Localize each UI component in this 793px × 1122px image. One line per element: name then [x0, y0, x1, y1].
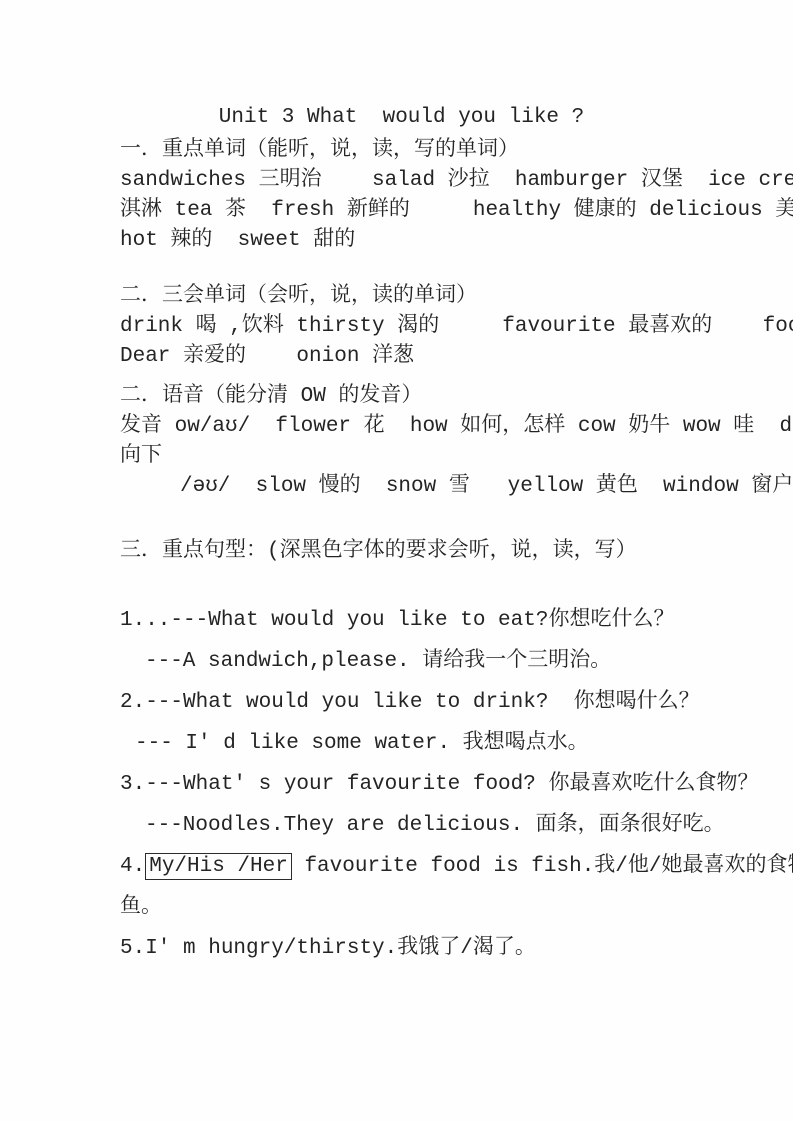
document-content: Unit 3 What would you like ? 一．重点单词（能听，说… — [0, 0, 793, 969]
sentence-list: 1...---What would you like to eat?你想吃什么？… — [120, 600, 683, 969]
key-words-line-2: 淇淋 tea 茶 fresh 新鲜的 healthy 健康的 delicious… — [120, 196, 683, 226]
key-words-line-3: hot 辣的 sweet 甜的 — [120, 226, 683, 256]
section-three-skill-words-heading: 二．三会单词（会听，说，读的单词） — [120, 282, 683, 312]
sentence-4-rest: favourite food is fish.我/他/她最喜欢的食物是 — [292, 855, 793, 878]
phonics-line-1-wrap: 向下 — [120, 442, 683, 472]
key-words-line-1: sandwiches 三明治 salad 沙拉 hamburger 汉堡 ice… — [120, 166, 683, 196]
three-skill-words-line-1: drink 喝 ,饮料 thirsty 渴的 favourite 最喜欢的 fo… — [120, 312, 683, 342]
sentence-2-question: 2.---What would you like to drink? 你想喝什么… — [120, 682, 683, 723]
section-sentences-heading: 三．重点句型：(深黑色字体的要求会听，说，读，写） — [120, 537, 683, 567]
sentence-2-answer: --- I' d like some water. 我想喝点水。 — [120, 723, 683, 764]
sentence-4-wrap: 鱼。 — [120, 887, 683, 928]
sentence-3-question: 3.---What' s your favourite food? 你最喜欢吃什… — [120, 764, 683, 805]
section-key-words-heading: 一．重点单词（能听，说，读，写的单词） — [120, 136, 683, 166]
sentence-1-question: 1...---What would you like to eat?你想吃什么？ — [120, 600, 683, 641]
phonics-line-1: 发音 ow/aʊ/ flower 花 how 如何，怎样 cow 奶牛 wow … — [120, 412, 683, 442]
sentence-3-answer: ---Noodles.They are delicious. 面条，面条很好吃。 — [120, 805, 683, 846]
sentence-4: 4.My/His /Her favourite food is fish.我/他… — [120, 846, 683, 887]
document-page: Unit 3 What would you like ? 一．重点单词（能听，说… — [0, 0, 793, 1122]
sentence-4-prefix: 4. — [120, 855, 145, 878]
phonics-line-2: /əʊ/ slow 慢的 snow 雪 yellow 黄色 window 窗户 — [120, 472, 683, 502]
sentence-4-boxed-phrase: My/His /Her — [145, 853, 292, 880]
sentence-1-answer: ---A sandwich,please. 请给我一个三明治。 — [120, 641, 683, 682]
section-phonics-heading: 二．语音（能分清 OW 的发音） — [120, 382, 683, 412]
sentence-5: 5.I' m hungry/thirsty.我饿了/渴了。 — [120, 928, 683, 969]
document-title: Unit 3 What would you like ? — [120, 103, 683, 133]
three-skill-words-line-2: Dear 亲爱的 onion 洋葱 — [120, 342, 683, 372]
